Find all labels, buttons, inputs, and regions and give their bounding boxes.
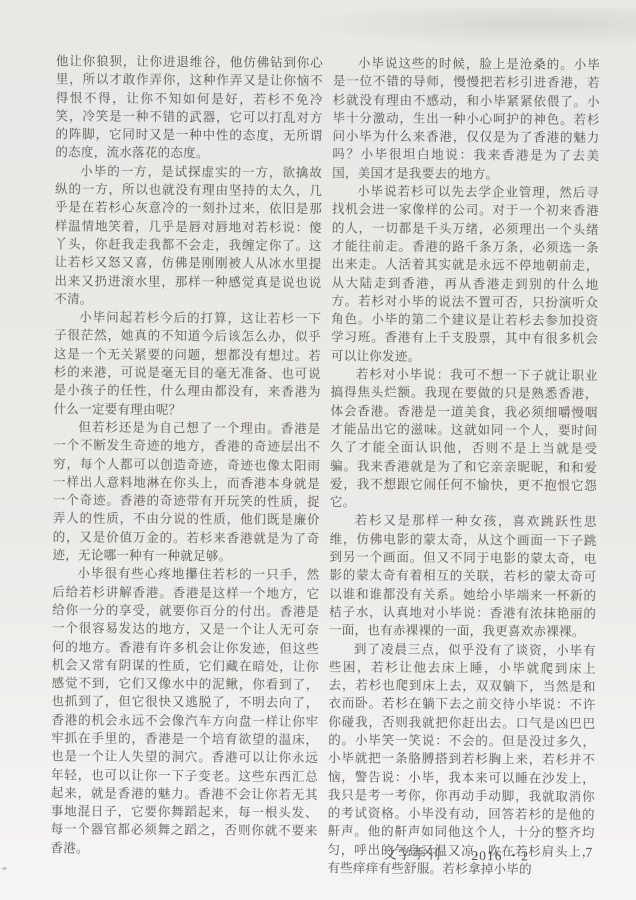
text-column-left: 他让你狼狈，让你进退维谷，他仿佛钻到你心里，所以才敢作弄你，这种作弄又是让你恼不… <box>50 52 323 859</box>
footer-issue: 2016 ・2 <box>471 844 529 864</box>
paragraph: 若杉对小毕说：我可不想一下子就让职业搞得焦头烂额。我现在要做的只是熟悉香港，体会… <box>330 365 598 513</box>
paragraph: 小毕说若杉可以先去学企业管理，然后寻找机会进一家像样的公司。对于一个初来香港的人… <box>331 182 599 367</box>
paragraph: 到了凌晨三点，似乎没有了谈资，小毕有些困，若杉让他去床上睡，小毕就爬到床上去，若… <box>327 640 596 880</box>
paragraph: 小毕说这些的时候，脸上是沧桑的。小毕是一位不错的导师，慢慢把若杉引进香港，若杉就… <box>332 54 600 184</box>
footer-page-number: 7 <box>585 845 593 861</box>
text-column-right: 小毕说这些的时候，脸上是沧桑的。小毕是一位不错的导师，慢慢把若杉引进香港，若杉就… <box>327 54 600 879</box>
paragraph: 若杉又是那样一种女孩，喜欢跳跃性思维，仿佛电影的蒙太奇，从这个画面一下子跳到另一… <box>329 511 597 641</box>
paragraph: 但若杉还是为自己想了一个理由。香港是一个不断发生奇迹的地方，香港的奇迹层出不穷，… <box>52 418 320 566</box>
paragraph: 他让你狼狈，让你进退维谷，他仿佛钻到你心里，所以才敢作弄你，这种作弄又是让你恼不… <box>55 52 323 164</box>
paragraph: 小毕的一方，是试探虚实的一方，欲擒故纵的一方，所以也就没有理由坚持的太久，几乎是… <box>54 162 322 310</box>
paragraph: 小毕问起若杉今后的打算，这让若杉一下子很茫然，她真的不知道今后该怎么办，似乎这是… <box>54 308 322 420</box>
scanned-page: 他让你狼狈，让你进退维谷，他仿佛钻到你心里，所以才敢作弄你，这种作弄又是让你恼不… <box>0 0 636 900</box>
paragraph: 小毕很有些心疼地攥住若杉的一只手，然后给若杉讲解香港。香港是这样一个地方，它给你… <box>50 564 319 859</box>
footer-journal-title: 文学季刊 <box>383 842 441 862</box>
